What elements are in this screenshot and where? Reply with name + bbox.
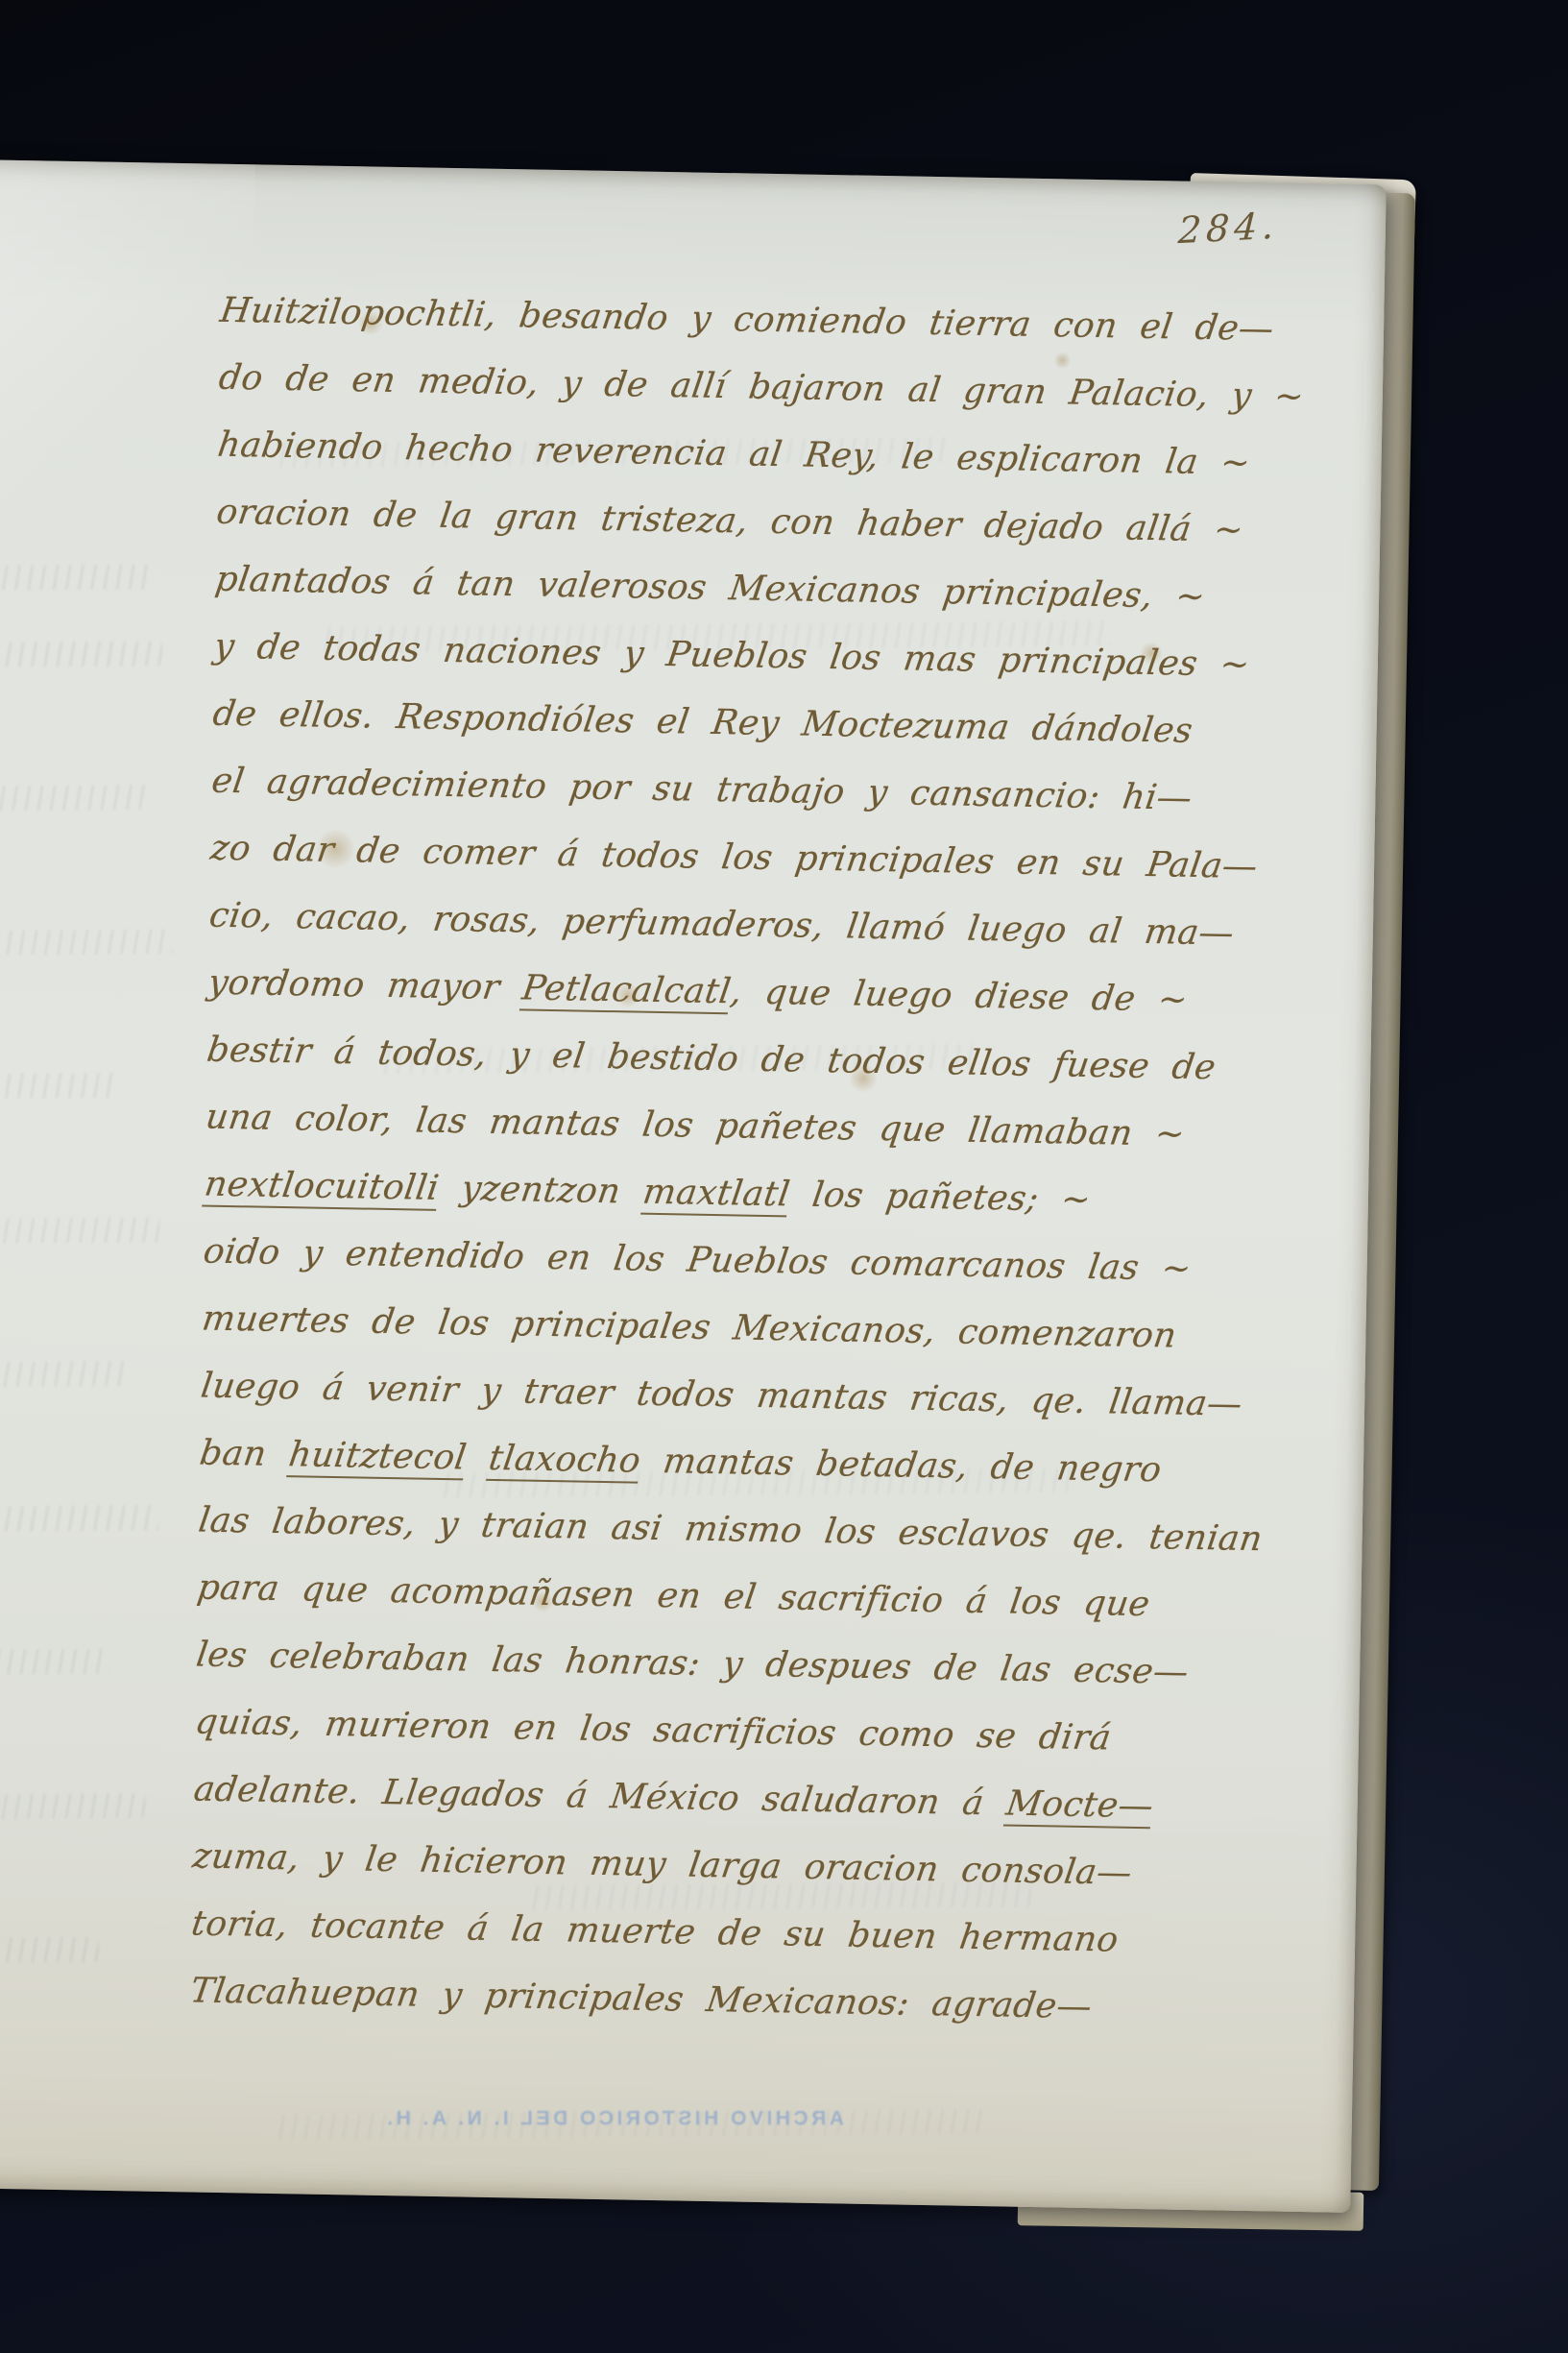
page-number: 284.	[1177, 205, 1280, 253]
text-segment: de ellos. Respondióles el Rey Moctezuma …	[210, 694, 1195, 751]
text-segment: los pañetes; ~	[787, 1175, 1094, 1219]
ghost-bleedthrough	[0, 929, 173, 956]
ghost-bleedthrough	[0, 1505, 158, 1532]
archive-stamp: ARCHIVO HISTORICO DEL I. N. A. H.	[384, 2107, 844, 2130]
text-segment: plantados á tan valerosos Mexicanos prin…	[213, 560, 1208, 617]
text-segment: las labores, y traian asi mismo los escl…	[196, 1501, 1265, 1560]
underlined-word: tlaxocho	[486, 1439, 643, 1484]
text-segment: oido y entendido en los Pueblos comarcan…	[201, 1232, 1194, 1289]
ghost-bleedthrough	[0, 1073, 115, 1099]
ghost-bleedthrough	[0, 785, 146, 812]
text-segment: zo dar de comer á todos los principales …	[208, 829, 1261, 886]
text-segment: cio, cacao, rosas, perfumaderos, llamó l…	[207, 896, 1237, 954]
ghost-bleedthrough	[0, 1361, 129, 1387]
text-segment: toria, tocante á la muerte de su buen he…	[189, 1904, 1122, 1959]
underlined-word: maxtlatl	[640, 1173, 793, 1218]
ghost-bleedthrough	[0, 1937, 99, 1963]
text-segment: el agradecimiento por su trabajo y cansa…	[209, 762, 1194, 818]
text-segment: yordomo mayor	[205, 963, 525, 1008]
ghost-bleedthrough	[0, 1217, 159, 1244]
underlined-word: Mocte—	[1003, 1784, 1156, 1830]
text-segment: ban	[198, 1434, 292, 1475]
text-segment: quias, murieron en los sacrificios como …	[193, 1703, 1114, 1759]
text-segment: zuma, y le hicieron muy larga oracion co…	[190, 1837, 1135, 1893]
ghost-bleedthrough	[0, 1649, 109, 1675]
underlined-word: Petlacalcatl	[519, 968, 734, 1014]
underlined-word: nextlocuitolli	[202, 1165, 442, 1211]
ghost-bleedthrough	[0, 641, 162, 667]
underlined-word: huitztecol	[286, 1435, 470, 1480]
text-segment: adelante. Llegados á México saludaron á	[191, 1770, 1009, 1824]
manuscript-text-block: Huitzilopochtli, besando y comiendo tier…	[185, 278, 1354, 2046]
text-segment: do de en medio, y de allí bajaron al gra…	[216, 358, 1306, 417]
text-segment: les celebraban las honras: y despues de …	[194, 1636, 1192, 1692]
text-segment: una color, las mantas los pañetes que ll…	[204, 1098, 1188, 1154]
ghost-bleedthrough	[0, 564, 152, 590]
text-segment: , que luego diese de ~	[728, 972, 1191, 1019]
text-segment: Huitzilopochtli, besando y comiendo tier…	[218, 291, 1277, 349]
text-segment: habiendo hecho reverencia al Rey, le esp…	[215, 425, 1253, 483]
text-segment: bestir á todos, y el bestido de todos el…	[205, 1031, 1218, 1088]
text-segment: y de todas naciones y Pueblos los mas pr…	[211, 627, 1252, 685]
text-segment: yzentzon	[436, 1169, 646, 1212]
text-segment: Tlacahuepan y principales Mexicanos: agr…	[188, 1971, 1095, 2026]
text-segment: mantas betadas, de negro	[638, 1442, 1164, 1491]
ghost-bleedthrough	[0, 1793, 146, 1820]
text-segment: para que acompañasen en el sacrificio á …	[195, 1568, 1152, 1625]
text-segment: oracion de la gran tristeza, con haber d…	[214, 493, 1246, 550]
text-segment: luego á venir y traer todos mantas ricas…	[199, 1367, 1245, 1424]
text-segment: muertes de los principales Mexicanos, co…	[200, 1299, 1179, 1356]
manuscript-page: 284. Huitzilopochtli, besando y comiendo…	[0, 159, 1387, 2213]
